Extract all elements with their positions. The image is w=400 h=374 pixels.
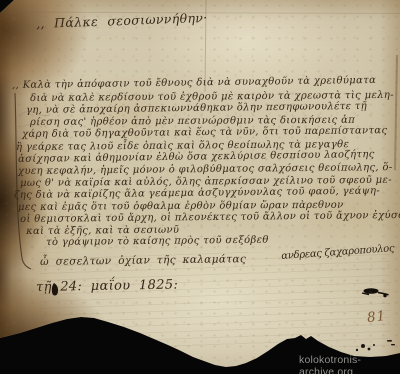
document-scan: ,, Πάλκε σεοσιωννήθην· ,, Καλὰ τὴν ἀπόφα… bbox=[0, 0, 400, 374]
page-number: 81 bbox=[366, 308, 387, 326]
right-edge-streak bbox=[395, 55, 397, 170]
closing-place-line: ὦ σεσελτων ὀχίαν τῆς καλαμάτας bbox=[40, 254, 246, 268]
edge-specks bbox=[356, 340, 395, 351]
header-note: ,, Πάλκε σεοσιωννήθην· bbox=[36, 12, 208, 29]
signature: ανδρεας ζαχαροπουλος bbox=[281, 243, 395, 262]
archive-watermark: kolokotronis-archive.org bbox=[299, 354, 400, 374]
handwriting-line: ,, Καλὰ τὴν ἀπόφασιν τοῦ ἔθνους διὰ νὰ σ… bbox=[12, 75, 376, 91]
handwriting-line: καὶ τὰ ἑξῆς, καὶ τὰ σεσιωνῦ bbox=[26, 224, 179, 236]
date-line: τῇ 24: μαΐου 1825: bbox=[36, 280, 178, 293]
handwriting-line: τὸ γράψιμον τὸ καίσης πρὸς τοῦ σεξόβεθ bbox=[46, 234, 269, 247]
ink-blob bbox=[362, 288, 389, 297]
paper: ,, Πάλκε σεοσιωννήθην· ,, Καλὰ τὴν ἀπόφα… bbox=[0, 0, 400, 374]
